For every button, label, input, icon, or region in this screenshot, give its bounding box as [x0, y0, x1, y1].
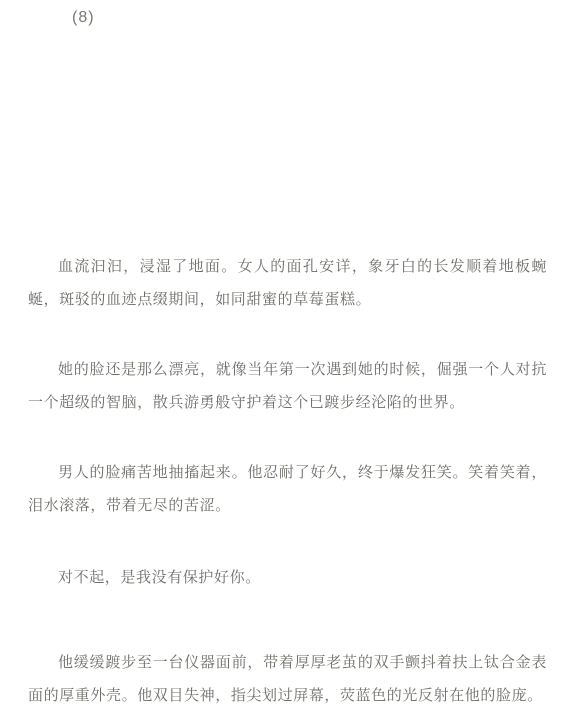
section-number: (8) — [28, 6, 547, 30]
reader-page: (8) 血流汩汩，浸湿了地面。女人的面孔安详，象牙白的长发顺着地板蜿蜒，斑驳的血… — [0, 0, 575, 728]
paragraph: 对不起，是我没有保护好你。 — [28, 561, 547, 594]
body-text: 血流汩汩，浸湿了地面。女人的面孔安详，象牙白的长发顺着地板蜿蜒，斑驳的血迹点缀期… — [28, 250, 547, 712]
paragraph: 她的脸还是那么漂亮，就像当年第一次遇到她的时候，倔强一个人对抗一个超级的智脑，散… — [28, 353, 547, 419]
paragraph: 他缓缓踱步至一台仪器面前，带着厚厚老茧的双手颤抖着扶上钛合金表面的厚重外壳。他双… — [28, 646, 547, 712]
paragraph: 男人的脸痛苦地抽搐起来。他忍耐了好久，终于爆发狂笑。笑着笑着，泪水滚落，带着无尽… — [28, 456, 547, 522]
paragraph: 血流汩汩，浸湿了地面。女人的面孔安详，象牙白的长发顺着地板蜿蜒，斑驳的血迹点缀期… — [28, 250, 547, 316]
